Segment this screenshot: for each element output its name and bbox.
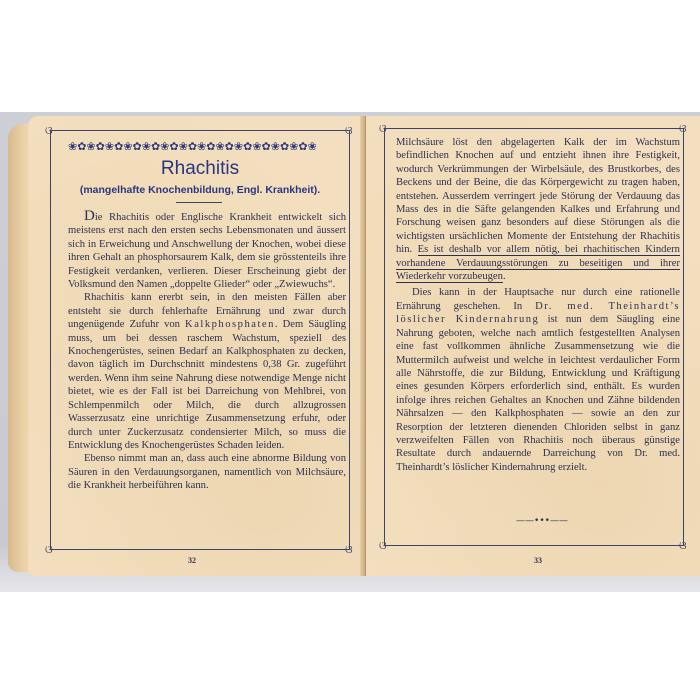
corner-ornament-icon: ଓ bbox=[45, 125, 53, 136]
floral-header-ornament: ❀✿❀✿❀✿❀✿❀✿❀✿❀✿❀✿❀✿❀✿❀✿❀✿❀✿❀✿❀✿❀✿❀✿ bbox=[68, 140, 316, 154]
title-divider bbox=[176, 202, 222, 203]
emphasized-text: Kalkphosphaten bbox=[185, 319, 275, 330]
paragraph: Dies kann in der Hauptsache nur durch ei… bbox=[396, 286, 680, 474]
paragraph: Milchsäure löst den abgelagerten Kalk de… bbox=[396, 136, 680, 283]
corner-ornament-icon: ଓ bbox=[379, 540, 387, 551]
corner-ornament-icon: ଓ bbox=[345, 125, 353, 136]
open-booklet: ଓ ଓ ଓ ଓ ❀✿❀✿❀✿❀✿❀✿❀✿❀✿❀✿❀✿❀✿❀✿❀✿❀✿❀✿❀✿❀✿… bbox=[0, 116, 700, 576]
right-page-body: Milchsäure löst den abgelagerten Kalk de… bbox=[396, 136, 680, 474]
photo-scene: ଓ ଓ ଓ ଓ ❀✿❀✿❀✿❀✿❀✿❀✿❀✿❀✿❀✿❀✿❀✿❀✿❀✿❀✿❀✿❀✿… bbox=[0, 0, 700, 700]
paragraph: Die Rhachitis oder Englische Krankheit e… bbox=[68, 210, 346, 291]
paragraph: Ebenso nimmt man an, dass auch eine abno… bbox=[68, 452, 346, 492]
page-number: 32 bbox=[188, 556, 196, 565]
corner-ornament-icon: ଓ bbox=[345, 544, 353, 555]
paragraph: Rhachitis kann ererbt sein, in den meist… bbox=[68, 291, 346, 452]
corner-ornament-icon: ଓ bbox=[45, 544, 53, 555]
corner-ornament-icon: ଓ bbox=[679, 123, 687, 134]
drop-cap: D bbox=[84, 208, 95, 224]
left-page-body: Die Rhachitis oder Englische Krankheit e… bbox=[68, 210, 346, 493]
chapter-subtitle: (mangelhafte Knochenbildung, Engl. Krank… bbox=[50, 184, 350, 196]
page-number: 33 bbox=[534, 556, 542, 565]
chapter-title: Rhachitis bbox=[50, 158, 350, 180]
corner-ornament-icon: ଓ bbox=[379, 123, 387, 134]
left-page: ଓ ଓ ଓ ଓ ❀✿❀✿❀✿❀✿❀✿❀✿❀✿❀✿❀✿❀✿❀✿❀✿❀✿❀✿❀✿❀✿… bbox=[28, 116, 366, 576]
right-page: ଓ ଓ ଓ ଓ Milchsäure löst den abgelagerten… bbox=[366, 116, 700, 576]
underlined-text: Es ist deshalb vor allem nötig, bei rhac… bbox=[396, 244, 680, 283]
corner-ornament-icon: ଓ bbox=[679, 540, 687, 551]
end-ornament: ——•••—— bbox=[510, 516, 574, 526]
